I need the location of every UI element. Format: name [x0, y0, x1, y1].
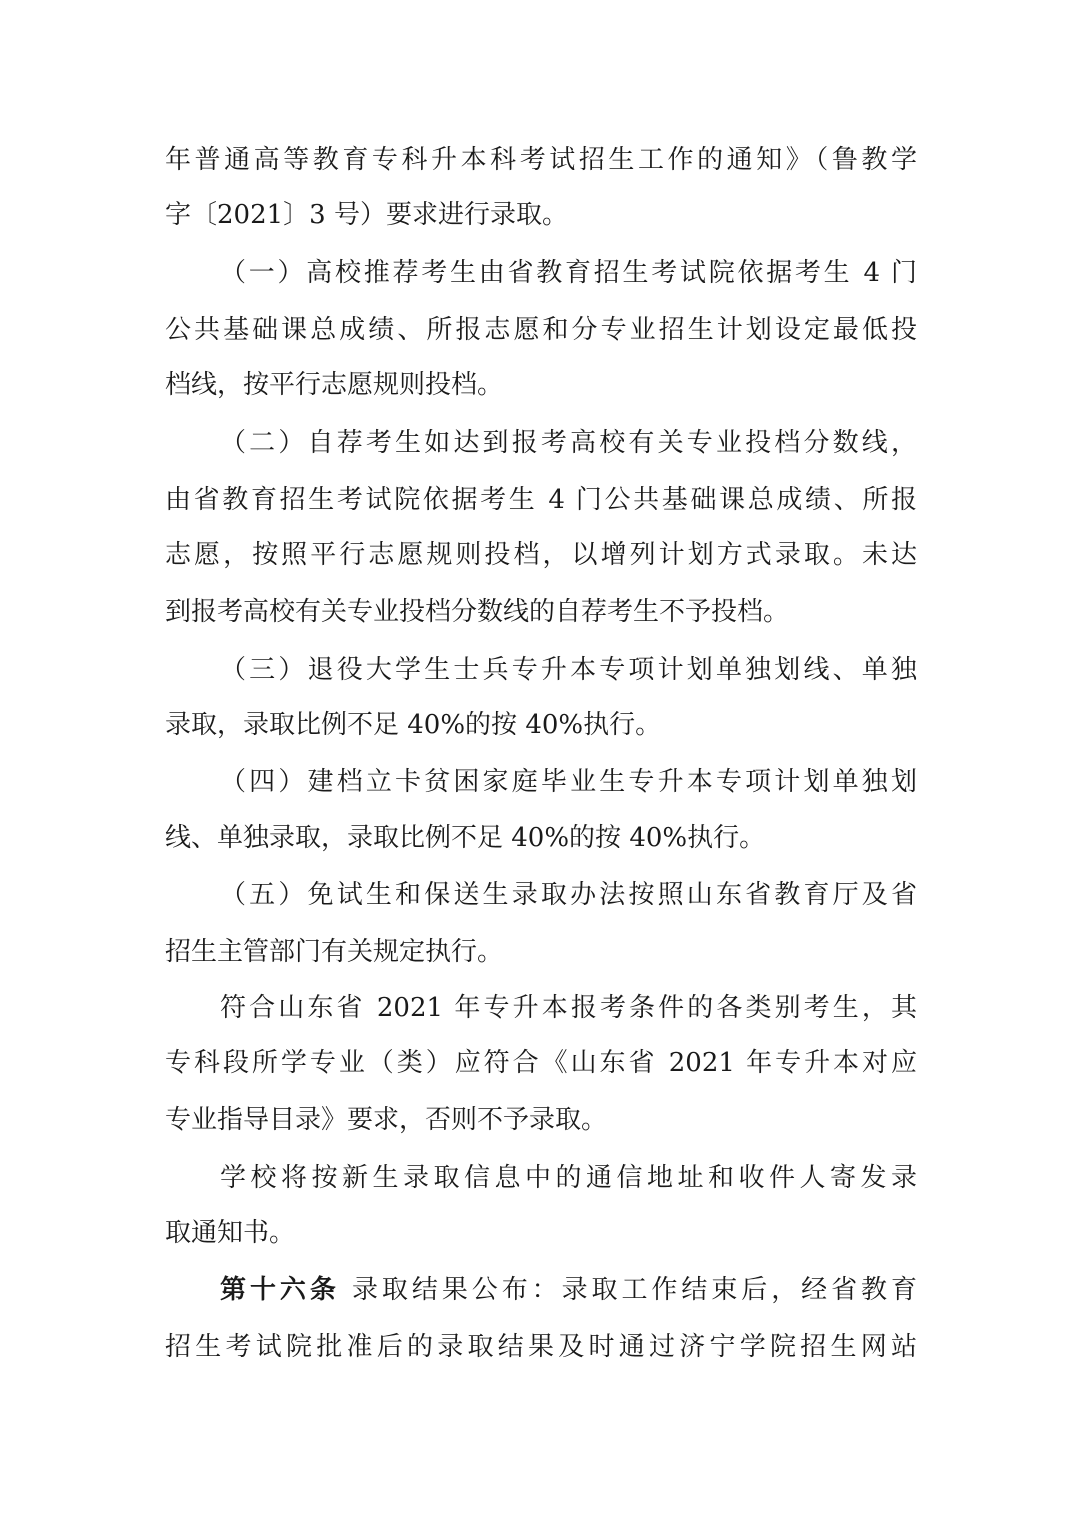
text-line-item-2: （二）自荐考生如达到报考高校有关专业投档分数线， [220, 423, 917, 463]
text-line: 专科段所学专业（类）应符合《山东省 2021 年专升本对应 [165, 1043, 917, 1083]
text-line: 招生考试院批准后的录取结果及时通过济宁学院招生网站 [165, 1327, 917, 1367]
article-text: 录取结果公布：录取工作结束后，经省教育 [340, 1275, 917, 1305]
text-line-item-1: （一）高校推荐考生由省教育招生考试院依据考生 4 门 [220, 253, 917, 293]
text-line: 年普通高等教育专科升本科考试招生工作的通知》（鲁教学 [165, 140, 917, 180]
document-page: 年普通高等教育专科升本科考试招生工作的通知》（鲁教学 字〔2021〕3 号）要求… [0, 0, 1080, 1527]
text-line: 专业指导目录》要求，否则不予录取。 [165, 1100, 917, 1140]
text-line-notice: 学校将按新生录取信息中的通信地址和收件人寄发录 [220, 1158, 917, 1198]
text-line: 公共基础课总成绩、所报志愿和分专业招生计划设定最低投 [165, 310, 917, 350]
text-line: 取通知书。 [165, 1213, 917, 1253]
text-line: 到报考高校有关专业投档分数线的自荐考生不予投档。 [165, 592, 917, 632]
text-line: 招生主管部门有关规定执行。 [165, 932, 917, 972]
text-line: 线、单独录取，录取比例不足 40%的按 40%执行。 [165, 818, 917, 858]
article-16-line: 第十六条 录取结果公布：录取工作结束后，经省教育 [220, 1270, 917, 1310]
text-line-item-4: （四）建档立卡贫困家庭毕业生专升本专项计划单独划 [220, 762, 917, 802]
text-line-eligibility: 符合山东省 2021 年专升本报考条件的各类别考生，其 [220, 988, 917, 1028]
article-heading: 第十六条 [220, 1275, 340, 1305]
text-line: 档线，按平行志愿规则投档。 [165, 365, 917, 405]
text-line-item-5: （五）免试生和保送生录取办法按照山东省教育厅及省 [220, 875, 917, 915]
text-line: 由省教育招生考试院依据考生 4 门公共基础课总成绩、所报 [165, 480, 917, 520]
text-line-item-3: （三）退役大学生士兵专升本专项计划单独划线、单独 [220, 650, 917, 690]
text-line: 字〔2021〕3 号）要求进行录取。 [165, 195, 917, 235]
text-line: 录取，录取比例不足 40%的按 40%执行。 [165, 705, 917, 745]
text-line: 志愿，按照平行志愿规则投档，以增列计划方式录取。未达 [165, 535, 917, 575]
